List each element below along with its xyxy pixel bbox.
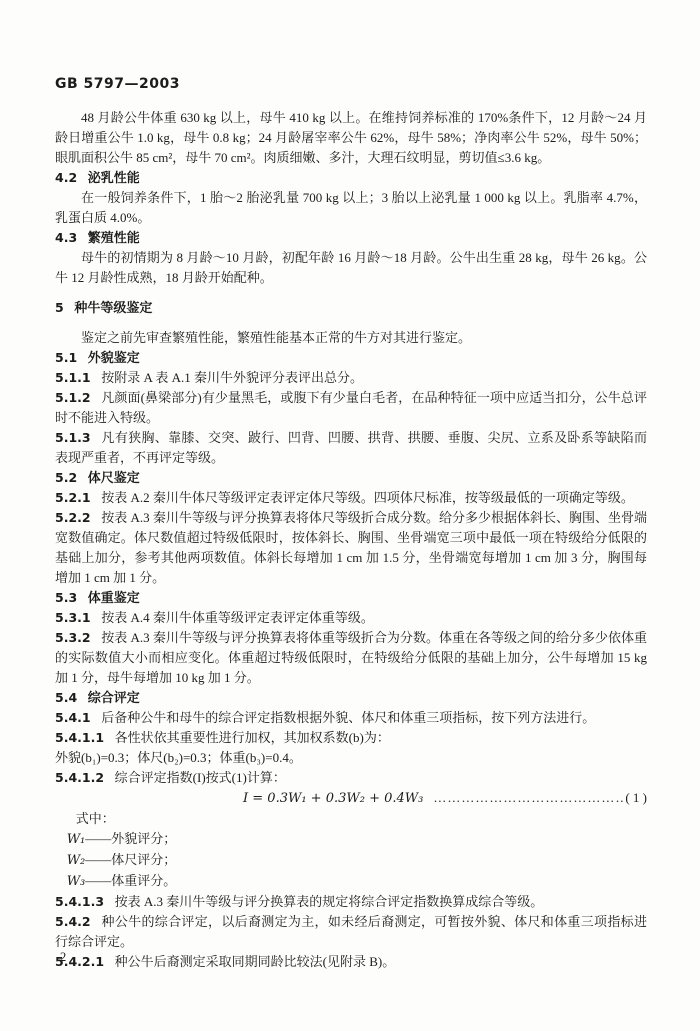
clause-5-2-1: 5.2.1按表 A.2 秦川牛体尺等级评定表评定体尺等级。四项体尺标准，按等级最… [55,488,647,508]
clause-number: 5.1.3 [55,430,91,445]
clause-number: 5.4.1.1 [55,730,104,745]
clause-text: 按附录 A 表 A.1 秦川牛外貌评分表评出总分。 [101,370,363,385]
formula-where-label: 式中： [55,809,647,829]
clause-number: 5.2.1 [55,490,91,505]
clause-5-4-1-3: 5.4.1.3按表 A.3 秦川牛等级与评分换算表的规定将综合评定指数换算成综合… [55,892,647,912]
clause-5-4-1-2: 5.4.1.2综合评定指数(I)按式(1)计算： [55,768,647,788]
clause-number: 5.4.1.2 [55,770,104,785]
clause-5-3-1: 5.3.1按表 A.4 秦川牛体重等级评定表评定体重等级。 [55,608,647,628]
symbol-w3: W₃ [67,874,86,889]
body-paragraph: 母牛的初情期为 8 月龄～10 月龄，初配年龄 16 月龄～18 月龄。公牛出生… [55,248,647,288]
symbol-definition-text: ——外貌评分； [85,831,176,846]
clause-5-4-1-1: 5.4.1.1各性状依其重要性进行加权，其加权系数(b)为： [55,728,647,748]
symbol-w1: W₁ [67,832,86,847]
page-content: GB 5797—2003 48 月龄公牛体重 630 kg 以上，母牛 410 … [55,76,647,972]
clause-text: 按表 A.2 秦川牛体尺等级评定表评定体尺等级。四项体尺标准，按等级最低的一项确… [101,490,634,505]
clause-text: 凡有狭胸、靠膝、交突、跛行、凹背、凹腰、拱背、拱腰、垂腹、尖尻、立系及卧系等缺陷… [55,430,647,465]
clause-text: 按表 A.4 秦川牛体重等级评定表评定体重等级。 [101,610,374,625]
clause-number: 5.1.1 [55,370,91,385]
subsection-heading-5-2: 5.2体尺鉴定 [55,468,647,488]
clause-text: 按表 A.3 秦川牛等级与评分换算表将体尺等级折合成分数。给分多少根据体斜长、胸… [55,510,647,585]
heading-title: 泌乳性能 [88,170,140,185]
clause-number: 5.3.1 [55,610,91,625]
body-paragraph: 48 月龄公牛体重 630 kg 以上，母牛 410 kg 以上。在维持饲养标准… [55,108,647,168]
subsection-heading-5-3: 5.3体重鉴定 [55,588,647,608]
clause-5-4-1: 5.4.1后备种公牛和母牛的综合评定指数根据外貌、体尺和体重三项指标，按下列方法… [55,708,647,728]
symbol-definition-w1: W₁——外貌评分； [55,829,647,850]
subsection-heading-5-1: 5.1外貌鉴定 [55,348,647,368]
subsection-heading-4-3: 4.3繁殖性能 [55,228,647,248]
clause-5-1-1: 5.1.1按附录 A 表 A.1 秦川牛外貌评分表评出总分。 [55,368,647,388]
clause-5-3-2: 5.3.2按表 A.3 秦川牛等级与评分换算表将体重等级折合为分数。体重在各等级… [55,628,647,688]
symbol-definition-text: ——体尺评分； [85,852,176,867]
clause-text: 综合评定指数(I)按式(1)计算： [115,770,286,785]
clause-text: 按表 A.3 秦川牛等级与评分换算表的规定将综合评定指数换算成综合等级。 [115,894,544,909]
clause-number: 5.2.2 [55,510,91,525]
clause-number: 4.2 [55,170,77,185]
weighting-coefficients-line: 外貌(b₁)=0.3；体尺(b₂)=0.3；体重(b₃)=0.4。 [55,748,647,768]
clause-number: 5.4 [55,690,77,705]
formula-leader-dots: …………………………………………………… [433,788,625,808]
clause-5-4-2: 5.4.2种公牛的综合评定，以后裔测定为主，如未经后裔测定，可暂按外貌、体尺和体… [55,912,647,952]
heading-title: 繁殖性能 [88,230,140,245]
clause-number: 5.1 [55,350,77,365]
subsection-heading-4-2: 4.2泌乳性能 [55,168,647,188]
clause-text: 种公牛的综合评定，以后裔测定为主，如未经后裔测定，可暂按外貌、体尺和体重三项指标… [55,914,647,949]
heading-title: 综合评定 [88,690,140,705]
formula-1: I = 0.3W₁ + 0.3W₂ + 0.4W₃ ……………………………………… [55,788,647,809]
clause-number: 5.3.2 [55,630,91,645]
formula-number: ( 1 ) [625,788,647,808]
symbol-definition-text: ——体重评分。 [85,873,176,888]
clause-5-4-2-1: 5.4.2.1种公牛后裔测定采取同期同龄比较法(见附录 B)。 [55,952,647,972]
body-paragraph: 在一般饲养条件下，1 胎～2 胎泌乳量 700 kg 以上；3 胎以上泌乳量 1… [55,188,647,228]
page-number: 2 [60,950,66,965]
standard-number-header: GB 5797—2003 [55,76,647,92]
formula-expression: I = 0.3W₁ + 0.3W₂ + 0.4W₃ [243,789,423,809]
clause-5-1-3: 5.1.3凡有狭胸、靠膝、交突、跛行、凹背、凹腰、拱背、拱腰、垂腹、尖尻、立系及… [55,428,647,468]
clause-text: 各性状依其重要性进行加权，其加权系数(b)为： [115,730,390,745]
clause-number: 5.4.1 [55,710,91,725]
clause-5-2-2: 5.2.2按表 A.3 秦川牛等级与评分换算表将体尺等级折合成分数。给分多少根据… [55,508,647,588]
clause-number: 5.4.1.3 [55,894,104,909]
symbol-w2: W₂ [67,853,86,868]
heading-title: 外貌鉴定 [88,350,140,365]
clause-5-1-2: 5.1.2凡颜面(鼻梁部分)有少量黑毛，或腹下有少量白毛者，在品种特征一项中应适… [55,388,647,428]
clause-text: 凡颜面(鼻梁部分)有少量黑毛，或腹下有少量白毛者，在品种特征一项中应适当扣分，公… [55,390,647,425]
clause-number: 4.3 [55,230,77,245]
section-heading-5: 5种牛等级鉴定 [55,298,647,318]
clause-number: 5.3 [55,590,77,605]
symbol-definition-w3: W₃——体重评分。 [55,871,647,892]
heading-title: 种牛等级鉴定 [74,300,152,315]
document-page: GB 5797—2003 48 月龄公牛体重 630 kg 以上，母牛 410 … [0,0,700,1031]
clause-number: 5 [55,300,64,315]
clause-text: 种公牛后裔测定采取同期同龄比较法(见附录 B)。 [115,954,396,969]
clause-text: 后备种公牛和母牛的综合评定指数根据外貌、体尺和体重三项指标，按下列方法进行。 [101,710,595,725]
clause-number: 5.4.2 [55,914,91,929]
clause-number: 5.2 [55,470,77,485]
subsection-heading-5-4: 5.4综合评定 [55,688,647,708]
symbol-definition-w2: W₂——体尺评分； [55,850,647,871]
clause-number: 5.1.2 [55,390,91,405]
body-paragraph: 鉴定之前先审查繁殖性能，繁殖性能基本正常的牛方对其进行鉴定。 [55,328,647,348]
heading-title: 体重鉴定 [88,590,140,605]
heading-title: 体尺鉴定 [88,470,140,485]
clause-text: 按表 A.3 秦川牛等级与评分换算表将体重等级折合为分数。体重在各等级之间的给分… [55,630,647,685]
